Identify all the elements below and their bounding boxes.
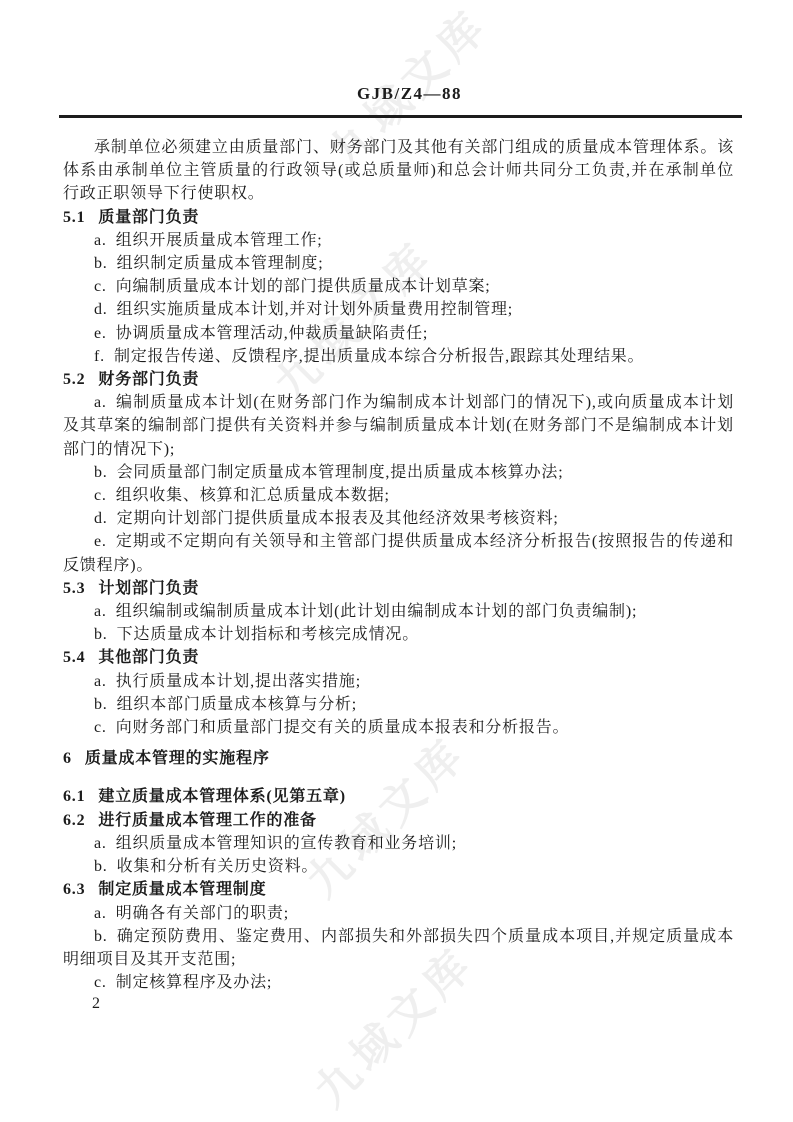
heading-title: 建立质量成本管理体系(见第五章)	[98, 788, 345, 805]
item-label: a.	[94, 905, 107, 922]
document-body: 承制单位必须建立由质量部门、财务部门及其他有关部门组成的质量成本管理体系。该体系…	[63, 136, 734, 994]
section-heading: 5.3计划部门负责	[63, 577, 734, 600]
item-label: a.	[94, 603, 107, 620]
list-item: b.组织本部门质量成本核算与分析;	[63, 693, 734, 716]
item-text: 定期或不定期向有关领导和主管部门提供质量成本经济分析报告(按照报告的传递和反馈程…	[63, 533, 734, 573]
heading-title: 计划部门负责	[98, 580, 199, 597]
page-number: 2	[92, 995, 100, 1013]
section-heading: 5.2财务部门负责	[63, 368, 734, 391]
list-item: b.会同质量部门制定质量成本管理制度,提出质量成本核算办法;	[63, 461, 734, 484]
item-text: 组织实施质量成本计划,并对计划外质量费用控制管理;	[117, 301, 513, 318]
item-text: 组织编制或编制质量成本计划(此计划由编制成本计划的部门负责编制);	[116, 603, 638, 620]
item-text: 协调质量成本管理活动,仲裁质量缺陷责任;	[116, 325, 428, 342]
paragraph: 承制单位必须建立由质量部门、财务部门及其他有关部门组成的质量成本管理体系。该体系…	[63, 136, 734, 206]
section-heading: 6.1建立质量成本管理体系(见第五章)	[63, 785, 734, 808]
list-item: b.组织制定质量成本管理制度;	[63, 252, 734, 275]
item-text: 收集和分析有关历史资料。	[117, 858, 319, 875]
list-item: d.定期向计划部门提供质量成本报表及其他经济效果考核资料;	[63, 507, 734, 530]
scanned-standard-page: { "page": { "code": "GJB/Z4—88", "page_n…	[0, 0, 793, 1122]
paragraph-text: 承制单位必须建立由质量部门、财务部门及其他有关部门组成的质量成本管理体系。该体系…	[63, 139, 734, 202]
list-item: e.协调质量成本管理活动,仲裁质量缺陷责任;	[63, 322, 734, 345]
heading-number: 6	[63, 750, 72, 767]
item-label: a.	[94, 835, 107, 852]
heading-title: 制定质量成本管理制度	[98, 881, 266, 898]
item-label: e.	[94, 325, 107, 342]
list-item: a.组织编制或编制质量成本计划(此计划由编制成本计划的部门负责编制);	[63, 600, 734, 623]
list-item: e.定期或不定期向有关领导和主管部门提供质量成本经济分析报告(按照报告的传递和反…	[63, 530, 734, 576]
item-label: e.	[94, 533, 107, 550]
heading-number: 5.2	[63, 371, 85, 388]
section-heading: 5.1质量部门负责	[63, 206, 734, 229]
list-item: b.确定预防费用、鉴定费用、内部损失和外部损失四个质量成本项目,并规定质量成本明…	[63, 925, 734, 971]
heading-number: 5.3	[63, 580, 85, 597]
chapter-heading: 6质量成本管理的实施程序	[63, 747, 734, 770]
item-text: 向财务部门和质量部门提交有关的质量成本报表和分析报告。	[116, 719, 570, 736]
list-item: a.编制质量成本计划(在财务部门作为编制成本计划部门的情况下),或向质量成本计划…	[63, 391, 734, 461]
item-label: a.	[94, 232, 107, 249]
item-text: 制定核算程序及办法;	[116, 974, 272, 991]
item-text: 组织开展质量成本管理工作;	[116, 232, 323, 249]
list-item: b.收集和分析有关历史资料。	[63, 855, 734, 878]
item-label: c.	[94, 719, 107, 736]
heading-title: 质量成本管理的实施程序	[85, 750, 270, 767]
item-text: 向编制质量成本计划的部门提供质量成本计划草案;	[116, 278, 491, 295]
list-item: c.组织收集、核算和汇总质量成本数据;	[63, 484, 734, 507]
item-label: b.	[94, 255, 108, 272]
item-label: c.	[94, 487, 107, 504]
item-text: 制定报告传递、反馈程序,提出质量成本综合分析报告,跟踪其处理结果。	[114, 348, 644, 365]
heading-number: 6.2	[63, 812, 85, 829]
item-label: d.	[94, 301, 108, 318]
item-label: d.	[94, 510, 108, 527]
heading-title: 进行质量成本管理工作的准备	[98, 812, 316, 829]
heading-number: 6.3	[63, 881, 85, 898]
header-rule	[59, 115, 742, 118]
section-heading: 6.2进行质量成本管理工作的准备	[63, 809, 734, 832]
item-label: b.	[94, 464, 108, 481]
list-item: c.向编制质量成本计划的部门提供质量成本计划草案;	[63, 275, 734, 298]
item-label: b.	[94, 928, 108, 945]
standard-code: GJB/Z4—88	[0, 84, 793, 104]
item-label: a.	[94, 673, 107, 690]
item-text: 明确各有关部门的职责;	[116, 905, 289, 922]
item-text: 组织收集、核算和汇总质量成本数据;	[116, 487, 390, 504]
list-item: b.下达质量成本计划指标和考核完成情况。	[63, 623, 734, 646]
item-label: c.	[94, 974, 107, 991]
item-label: b.	[94, 696, 108, 713]
item-text: 编制质量成本计划(在财务部门作为编制成本计划部门的情况下),或向质量成本计划及其…	[63, 394, 734, 457]
item-text: 下达质量成本计划指标和考核完成情况。	[117, 626, 419, 643]
item-text: 组织质量成本管理知识的宣传教育和业务培训;	[116, 835, 457, 852]
list-item: f.制定报告传递、反馈程序,提出质量成本综合分析报告,跟踪其处理结果。	[63, 345, 734, 368]
heading-title: 质量部门负责	[98, 209, 199, 226]
heading-number: 5.4	[63, 649, 85, 666]
section-heading: 5.4其他部门负责	[63, 646, 734, 669]
item-text: 组织本部门质量成本核算与分析;	[117, 696, 357, 713]
item-label: f.	[94, 348, 105, 365]
heading-title: 其他部门负责	[98, 649, 199, 666]
section-heading: 6.3制定质量成本管理制度	[63, 878, 734, 901]
list-item: a.组织开展质量成本管理工作;	[63, 229, 734, 252]
heading-number: 6.1	[63, 788, 85, 805]
item-label: b.	[94, 626, 108, 643]
list-item: c.向财务部门和质量部门提交有关的质量成本报表和分析报告。	[63, 716, 734, 739]
item-text: 组织制定质量成本管理制度;	[117, 255, 324, 272]
item-text: 定期向计划部门提供质量成本报表及其他经济效果考核资料;	[117, 510, 559, 527]
list-item: d.组织实施质量成本计划,并对计划外质量费用控制管理;	[63, 298, 734, 321]
item-label: b.	[94, 858, 108, 875]
heading-title: 财务部门负责	[98, 371, 199, 388]
list-item: a.执行质量成本计划,提出落实措施;	[63, 670, 734, 693]
item-text: 执行质量成本计划,提出落实措施;	[116, 673, 361, 690]
list-item: c.制定核算程序及办法;	[63, 971, 734, 994]
heading-number: 5.1	[63, 209, 85, 226]
list-item: a.组织质量成本管理知识的宣传教育和业务培训;	[63, 832, 734, 855]
item-text: 确定预防费用、鉴定费用、内部损失和外部损失四个质量成本项目,并规定质量成本明细项…	[63, 928, 734, 968]
item-label: c.	[94, 278, 107, 295]
item-text: 会同质量部门制定质量成本管理制度,提出质量成本核算办法;	[117, 464, 564, 481]
item-label: a.	[94, 394, 107, 411]
list-item: a.明确各有关部门的职责;	[63, 902, 734, 925]
